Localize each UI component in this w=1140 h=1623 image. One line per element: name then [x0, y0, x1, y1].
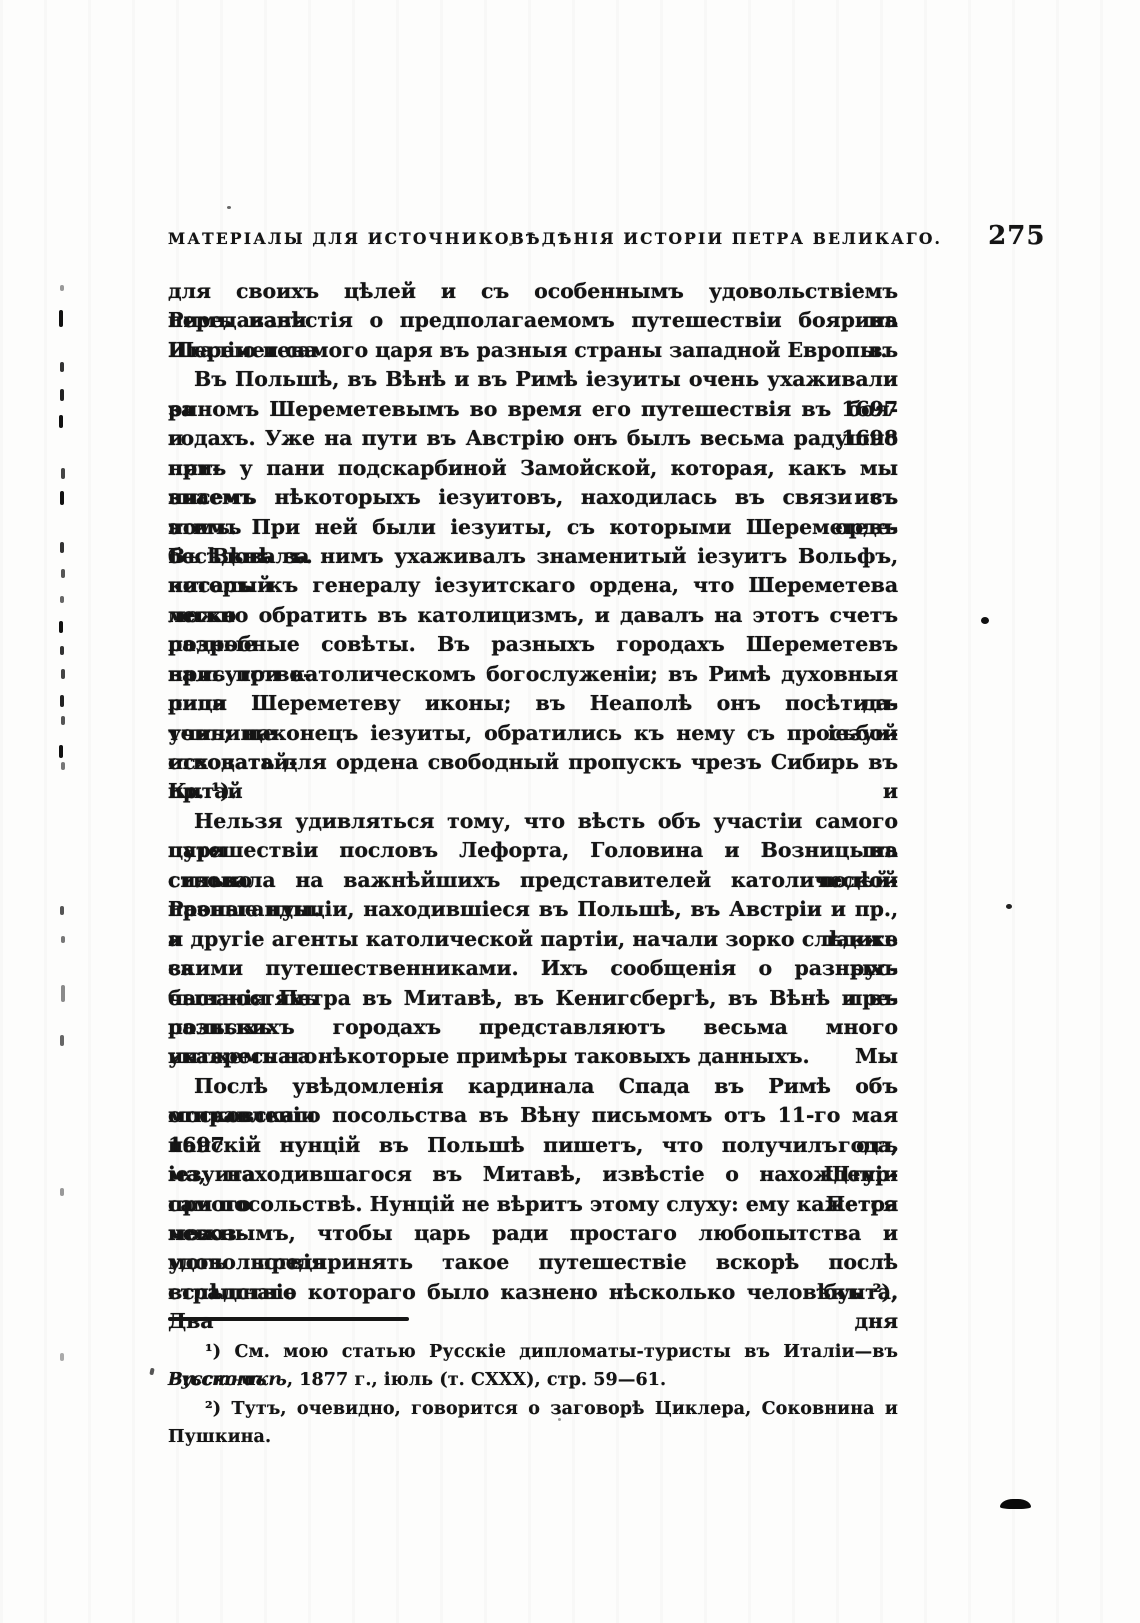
text-line: и другіе агенты католической партіи, нач… [168, 925, 898, 954]
text-line: Послѣ увѣдомленія кардинала Спада въ Рим… [168, 1072, 898, 1101]
scan-artifact [509, 243, 512, 246]
footnote-text: ¹) См. мою статью Русскіе дипломаты-тури… [205, 1342, 898, 1362]
scan-artifact [60, 695, 64, 707]
journal-title-italic: Вѣстникѣ [168, 1370, 287, 1390]
text-line: московскаго посольства въ Вѣну письмомъ … [168, 1101, 898, 1130]
scan-artifact [60, 542, 64, 553]
footnote-line: ¹) См. мою статью Русскіе дипломаты-тури… [168, 1338, 898, 1366]
scan-artifact [149, 1368, 154, 1376]
text-line: писемъ нѣкоторыхъ іезуитовъ, находилась … [168, 483, 898, 512]
text-line: скими путешественниками. Ихъ сообщенія о… [168, 954, 898, 983]
footnote-text: , 1877 г., іюль (т. CXXX), стр. 59—61. [287, 1370, 666, 1390]
page-number: 275 [988, 221, 1065, 251]
text-line: Въ Польшѣ, въ Вѣнѣ и въ Римѣ іезуиты оче… [168, 365, 898, 394]
paragraph: Нельзя удивляться тому, что вѣсть объ уч… [168, 807, 898, 1072]
text-line: нятъ у пани подскарбиной Замойской, кото… [168, 454, 898, 483]
scan-artifact [61, 762, 65, 770]
footnote-line: ²) Тутъ, очевидно, говорится о заговорѣ … [168, 1395, 898, 1423]
text-line: укажемъ на нѣкоторые примѣры таковыхъ да… [168, 1042, 898, 1071]
scan-artifact [59, 621, 63, 633]
text-line: подробные совѣты. Въ разныхъ городахъ Ше… [168, 630, 898, 659]
scan-artifact [60, 389, 64, 401]
text-line: Нельзя удивляться тому, что вѣсть объ уч… [168, 807, 898, 836]
text-line: при посольствѣ. Нунцій не вѣритъ этому с… [168, 1190, 898, 1219]
paragraph: для своихъ цѣлей и съ особеннымъ удоволь… [168, 277, 898, 365]
text-line: папскій нунцій въ Польшѣ пишетъ, что пол… [168, 1131, 898, 1160]
scan-artifact [61, 985, 65, 1002]
text-line: путешествіи пословъ Лефорта, Головина и … [168, 836, 898, 865]
scan-artifact [227, 206, 231, 209]
text-line: польскихъ городахъ представляютъ весьма … [168, 1013, 898, 1042]
text-line: Разные нунціи, находившіеся въ Польшѣ, в… [168, 895, 898, 924]
scan-artifact [59, 415, 63, 428]
text-line: можно обратить въ католицизмъ, и давалъ … [168, 601, 898, 630]
scan-artifact [558, 1418, 561, 1421]
text-line: вслѣдствіе котораго было казнено нѣсколь… [168, 1278, 898, 1307]
scan-artifact [61, 716, 65, 725]
text-line: Италію и самого царя въ разныя страны за… [168, 336, 898, 365]
footnotes: ¹) См. мою статью Русскіе дипломаты-тури… [168, 1338, 898, 1423]
text-line: Въ Вѣнѣ за нимъ ухаживалъ знаменитый іез… [168, 542, 898, 571]
scan-artifact [60, 491, 64, 505]
scan-artifact [60, 362, 64, 372]
scan-artifact [981, 617, 989, 624]
page-header: МАТЕРІАЛЫ ДЛЯ ИСТОЧНИКОВѢДѢНІЯ ИСТОРІИ П… [168, 221, 898, 251]
text-block: для своихъ цѣлей и съ особеннымъ удоволь… [168, 277, 898, 1307]
text-line: годахъ. Уже на пути въ Австрію онъ былъ … [168, 424, 898, 453]
scan-artifact [61, 669, 65, 679]
footnote-separator [168, 1317, 409, 1321]
running-title: МАТЕРІАЛЫ ДЛЯ ИСТОЧНИКОВѢДѢНІЯ ИСТОРІИ П… [168, 229, 988, 248]
paragraph: Послѣ увѣдомленія кардинала Спада въ Рим… [168, 1072, 898, 1308]
text-line: Римъ извѣстія о предполагаемомъ путешест… [168, 306, 898, 335]
ink-blot [1000, 1499, 1031, 1509]
scan-artifact [60, 1353, 64, 1361]
scan-artifact [60, 1188, 64, 1196]
scan-artifact [60, 285, 64, 291]
scan-artifact [61, 468, 65, 479]
text-line: рили Шереметеву иконы; въ Неаполѣ онъ по… [168, 689, 898, 718]
scan-artifact [60, 1035, 64, 1046]
scan-artifact [61, 936, 65, 943]
text-line: ма, находившагося въ Митавѣ, извѣстіе о … [168, 1160, 898, 1189]
scan-artifact [59, 310, 63, 327]
scan-artifact [1006, 904, 1012, 909]
scan-artifact [60, 906, 64, 915]
scan-artifact [59, 745, 63, 758]
text-line: валъ при католическомъ богослуженіи; въ … [168, 660, 898, 689]
text-line: ствовала на важнѣйшихъ представителей ка… [168, 866, 898, 895]
paragraph: Въ Польшѣ, въ Вѣнѣ и въ Римѣ іезуиты оче… [168, 365, 898, 807]
scan-artifact [61, 569, 65, 578]
text-line: можнымъ, чтобы царь ради простаго любопы… [168, 1219, 898, 1248]
text-line: быванія Петра въ Митавѣ, въ Кенигсбергѣ,… [168, 984, 898, 1013]
text-line: товъ; наконецъ іезуиты, обратились къ не… [168, 719, 898, 748]
text-line: ствовать для ордена свободный пропускъ ч… [168, 748, 898, 777]
text-line: могъ предпринять такое путешествіе вскор… [168, 1248, 898, 1277]
text-line: риномъ Шереметевымъ во время его путешес… [168, 395, 898, 424]
footnote-line: Вѣстникѣ, 1877 г., іюль (т. CXXX), стр. … [168, 1366, 898, 1394]
book-page: МАТЕРІАЛЫ ДЛЯ ИСТОЧНИКОВѢДѢНІЯ ИСТОРІИ П… [0, 0, 1140, 1623]
scan-artifact [60, 646, 64, 655]
scan-artifact [60, 596, 64, 603]
text-line: номъ. При ней были іезуиты, съ которыми … [168, 513, 898, 542]
text-line: писалъ къ генералу іезуитскаго ордена, ч… [168, 571, 898, 600]
text-line: для своихъ цѣлей и съ особеннымъ удоволь… [168, 277, 898, 306]
